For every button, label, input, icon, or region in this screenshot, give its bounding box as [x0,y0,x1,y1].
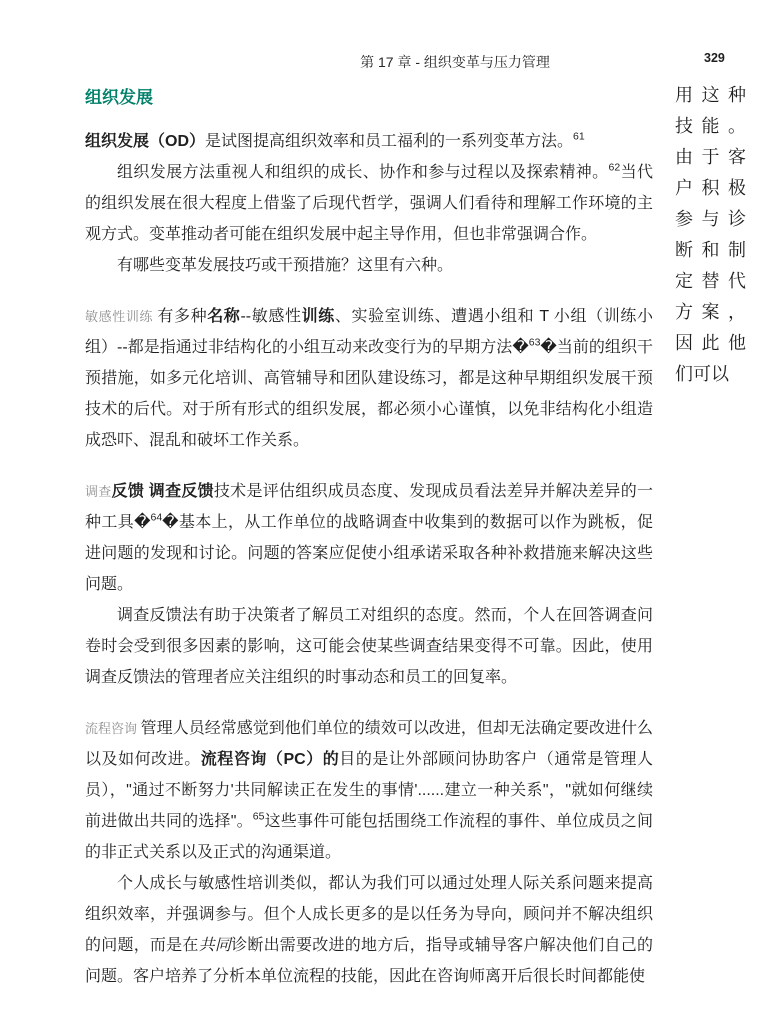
body-text-run: --敏感性 [240,308,301,325]
run-in-label: 流程咨询 [85,721,141,736]
footnote-reference: 64 [150,512,162,524]
body-text-run: 组织发展方法重视人和组织的成长、协作和参与过程以及探索精神。 [117,164,609,181]
paragraph-survey-feedback: 调查反馈 调查反馈技术是评估组织成员态度、发现成员看法差异并解决差异的一种工具�… [85,476,653,600]
side-text-column: 用这种技能。由于客户积极参与诊断和制定替代方案，因此他们可以 [675,80,746,390]
body-text-run: 调查反馈法有助于决策者了解员工对组织的态度。然而，个人在回答调查问卷时会受到很多… [85,607,653,686]
bold-key-term: 组织发展（OD） [85,133,205,150]
body-text-run: 有哪些变革发展技巧或干预措施？这里有六种。 [117,257,453,274]
paragraph-sensitivity-training: 敏感性训练 有多种名称--敏感性训练、实验室训练、遭遇小组和 T 小组（训练小组… [85,301,653,456]
paragraph-od-definition: 组织发展（OD）是试图提高组织效率和员工福利的一系列变革方法。61 [85,126,653,157]
bold-key-term: 训练 [302,308,335,325]
main-text-column: 组织发展 组织发展（OD）是试图提高组织效率和员工福利的一系列变革方法。61 组… [85,86,653,992]
chapter-header-title: 第 17 章 - 组织变革与压力管理 [360,52,550,72]
paragraph-survey-feedback-caveats: 调查反馈法有助于决策者了解员工对组织的态度。然而，个人在回答调查问卷时会受到很多… [85,600,653,693]
page-number: 329 [704,51,725,65]
italic-emphasis: 共同 [199,937,231,954]
paragraph-six-techniques-intro: 有哪些变革发展技巧或干预措施？这里有六种。 [85,250,653,281]
bold-key-term: 名称 [207,308,240,325]
footnote-reference: 63 [529,337,541,349]
footnote-reference: 61 [573,131,585,143]
body-text-run: 有多种 [157,308,207,325]
section-heading: 组织发展 [85,86,653,110]
body-text-run: �基本上，从工作单位的战略调查中收集到的数据可以作为跳板，促进问题的发现和讨论。… [85,514,653,593]
footnote-reference: 65 [253,811,265,823]
run-in-label: 调查 [85,484,112,499]
run-in-label: 敏感性训练 [85,309,157,324]
body-text-run: 是试图提高组织效率和员工福利的一系列变革方法。 [205,133,573,150]
bold-key-term: 反馈 调查反馈 [112,483,214,500]
bold-key-term: 流程咨询（PC）的 [201,751,340,768]
document-page: 第 17 章 - 组织变革与压力管理 329 组织发展 组织发展（OD）是试图提… [0,0,768,1024]
paragraph-personal-growth: 个人成长与敏感性培训类似，都认为我们可以通过处理人际关系问题来提高组织效率，并强… [85,868,653,992]
paragraph-od-values: 组织发展方法重视人和组织的成长、协作和参与过程以及探索精神。62当代的组织发展在… [85,157,653,250]
footnote-reference: 62 [609,162,621,174]
paragraph-process-consultation: 流程咨询 管理人员经常感觉到他们单位的绩效可以改进，但却无法确定要改进什么以及如… [85,713,653,868]
